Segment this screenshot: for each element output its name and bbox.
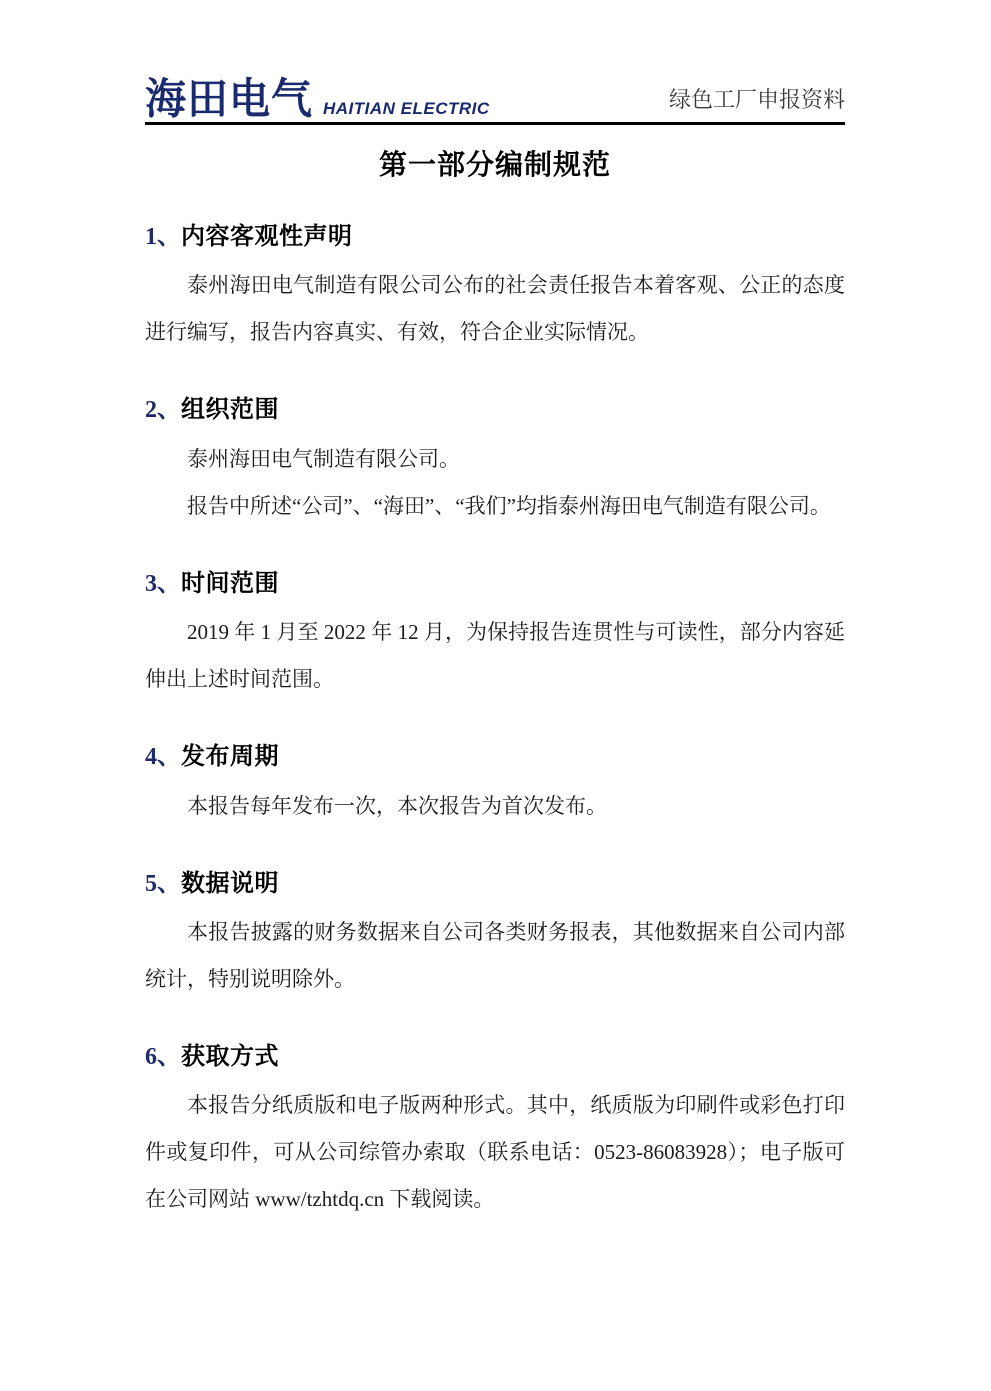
section-heading-text: 时间范围 — [181, 570, 279, 597]
section-paragraph: 本报告披露的财务数据来自公司各类财务报表，其他数据来自公司内部统计，特别说明除外… — [145, 909, 845, 1003]
section-heading-text: 获取方式 — [181, 1043, 279, 1070]
section-time-scope: 3、时间范围 2019 年 1 月至 2022 年 12 月，为保持报告连贯性与… — [145, 571, 845, 703]
section-heading: 4、发布周期 — [145, 744, 845, 770]
section-heading: 3、时间范围 — [145, 571, 845, 597]
section-access-method: 6、获取方式 本报告分纸质版和电子版两种形式。其中，纸质版为印刷件或彩色打印件或… — [145, 1044, 845, 1223]
section-heading: 2、组织范围 — [145, 397, 845, 423]
page-header: 海田电气 HAITIAN ELECTRIC 绿色工厂申报资料 — [145, 72, 845, 120]
section-heading: 1、内容客观性声明 — [145, 224, 845, 250]
section-data-description: 5、数据说明 本报告披露的财务数据来自公司各类财务报表，其他数据来自公司内部统计… — [145, 871, 845, 1003]
section-paragraph: 报告中所述“公司”、“海田”、“我们”均指泰州海田电气制造有限公司。 — [145, 483, 845, 530]
page-title: 第一部分编制规范 — [145, 143, 845, 183]
section-objectivity-statement: 1、内容客观性声明 泰州海田电气制造有限公司公布的社会责任报告本着客观、公正的态… — [145, 224, 845, 356]
section-number: 1、 — [145, 224, 181, 250]
section-heading-text: 数据说明 — [181, 870, 279, 897]
company-logo: 海田电气 HAITIAN ELECTRIC — [145, 79, 490, 120]
section-paragraph: 本报告分纸质版和电子版两种形式。其中，纸质版为印刷件或彩色打印件或复印件，可从公… — [145, 1082, 845, 1223]
section-paragraph: 泰州海田电气制造有限公司公布的社会责任报告本着客观、公正的态度进行编写，报告内容… — [145, 262, 845, 356]
section-number: 6、 — [145, 1044, 181, 1070]
section-heading-text: 发布周期 — [181, 743, 279, 770]
section-number: 3、 — [145, 571, 181, 597]
logo-english-text: HAITIAN ELECTRIC — [323, 100, 490, 120]
section-heading: 5、数据说明 — [145, 871, 845, 897]
section-paragraph: 2019 年 1 月至 2022 年 12 月，为保持报告连贯性与可读性，部分内… — [145, 609, 845, 703]
document-page: 海田电气 HAITIAN ELECTRIC 绿色工厂申报资料 第一部分编制规范 … — [0, 0, 991, 1391]
section-paragraph: 本报告每年发布一次，本次报告为首次发布。 — [145, 783, 845, 830]
section-heading: 6、获取方式 — [145, 1044, 845, 1070]
section-number: 5、 — [145, 871, 181, 897]
section-organization-scope: 2、组织范围 泰州海田电气制造有限公司。 报告中所述“公司”、“海田”、“我们”… — [145, 397, 845, 529]
section-number: 4、 — [145, 744, 181, 770]
header-doc-type-label: 绿色工厂申报资料 — [669, 83, 845, 120]
section-release-cycle: 4、发布周期 本报告每年发布一次，本次报告为首次发布。 — [145, 744, 845, 829]
logo-chinese-text: 海田电气 — [145, 78, 313, 121]
section-heading-text: 组织范围 — [181, 396, 279, 423]
section-paragraph: 泰州海田电气制造有限公司。 — [145, 436, 845, 483]
section-heading-text: 内容客观性声明 — [181, 223, 353, 250]
section-number: 2、 — [145, 397, 181, 423]
